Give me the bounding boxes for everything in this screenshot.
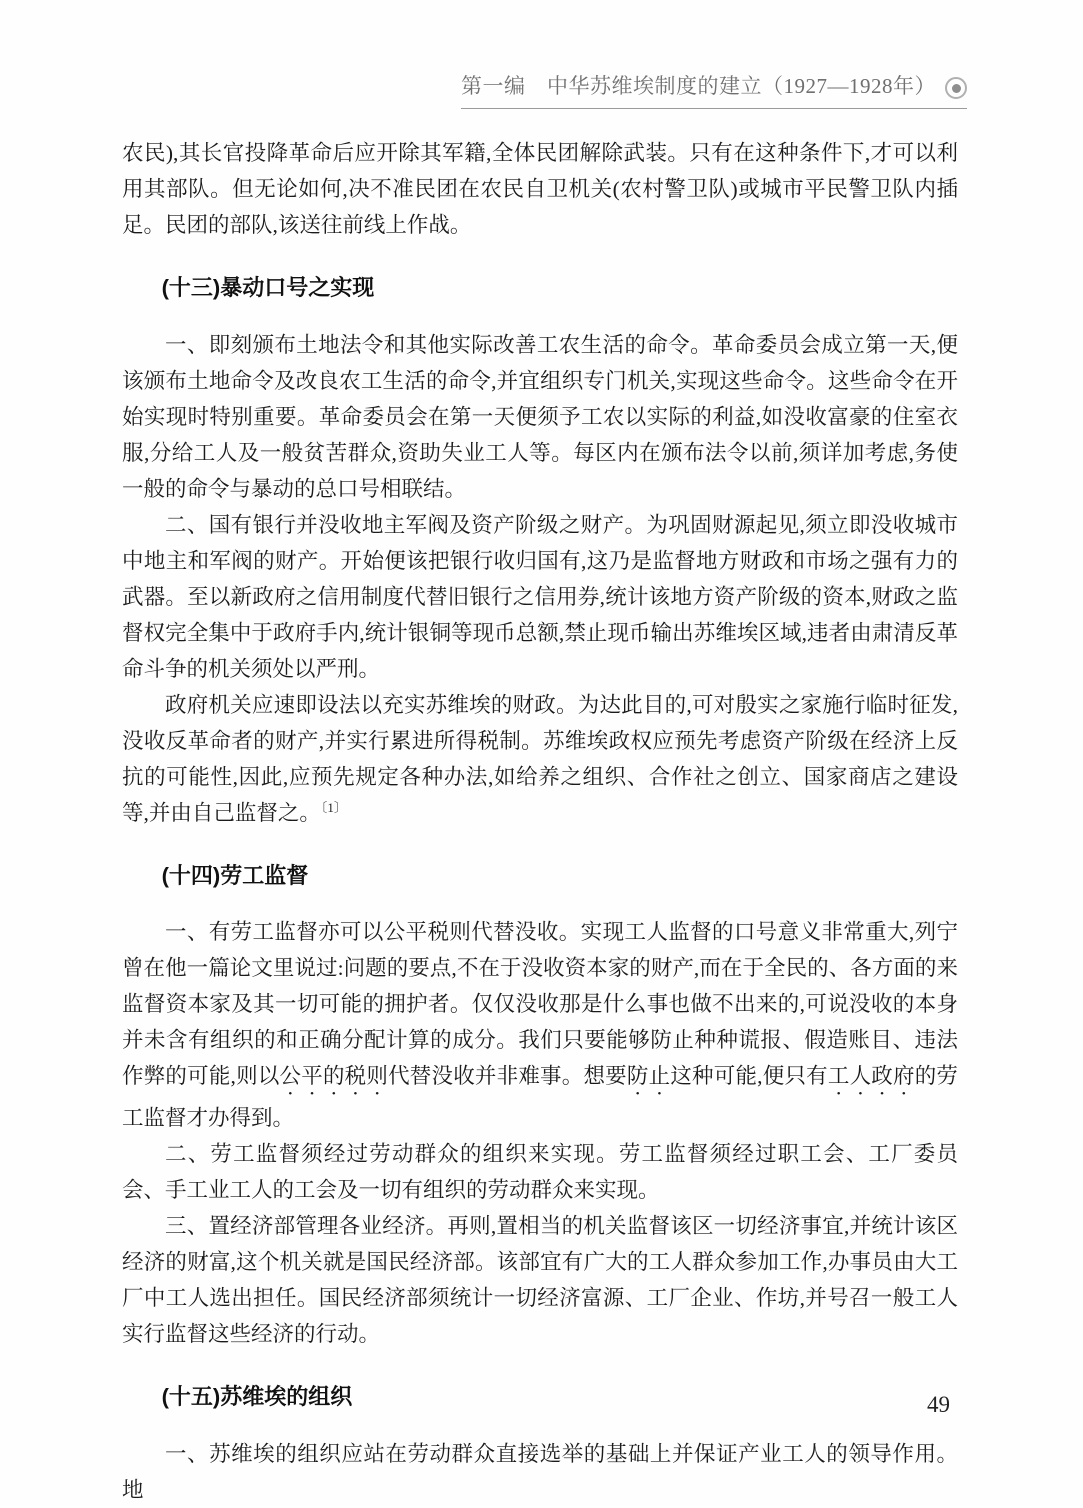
bullseye-dot [952,84,961,93]
page-number: 49 [927,1392,950,1418]
running-head-title: 第一编 中华苏维埃制度的建立（1927—1928年） [461,70,936,100]
page-body: 农民),其长官投降革命后应开除其军籍,全体民团解除武装。只有在这种条件下,才可以… [0,109,1083,1508]
section-14-paragraph-1: 一、有劳工监督亦可以公平税则代替没收。实现工人监督的口号意义非常重大,列宁曾在他… [122,914,958,1136]
running-head: 第一编 中华苏维埃制度的建立（1927—1928年） [461,70,967,109]
book-page: 第一编 中华苏维埃制度的建立（1927—1928年） 农民),其长官投降革命后应… [0,0,1083,1508]
section-13-paragraph-1: 一、即刻颁布土地法令和其他实际改善工农生活的命令。革命委员会成立第一天,便该颁布… [122,327,958,507]
section-13-paragraph-2: 二、国有银行并没收地主军阀及资产阶级之财产。为巩固财源起见,须立即没收城市中地主… [122,507,958,687]
section-heading-13: (十三)暴动口号之实现 [162,273,958,303]
section-15-paragraph-1: 一、苏维埃的组织应站在劳动群众直接选举的基础上并保证产业工人的领导作用。地 [122,1436,958,1508]
section-13-paragraph-3: 政府机关应速即设法以充实苏维埃的财政。为达此目的,可对殷实之家施行临时征发,没收… [122,687,958,831]
section-heading-14: (十四)劳工监督 [162,861,958,891]
section-14-paragraph-2: 二、劳工监督须经过劳动群众的组织来实现。劳工监督须经过职工会、工厂委员会、手工业… [122,1136,958,1208]
bullseye-icon [945,77,967,99]
page-header: 第一编 中华苏维埃制度的建立（1927—1928年） [0,0,1083,109]
intro-paragraph: 农民),其长官投降革命后应开除其军籍,全体民团解除武装。只有在这种条件下,才可以… [122,135,958,243]
section-14-paragraph-3: 三、置经济部管理各业经济。再则,置相当的机关监督该区一切经济事宜,并统计该区经济… [122,1208,958,1352]
section-heading-15: (十五)苏维埃的组织 [162,1382,958,1412]
